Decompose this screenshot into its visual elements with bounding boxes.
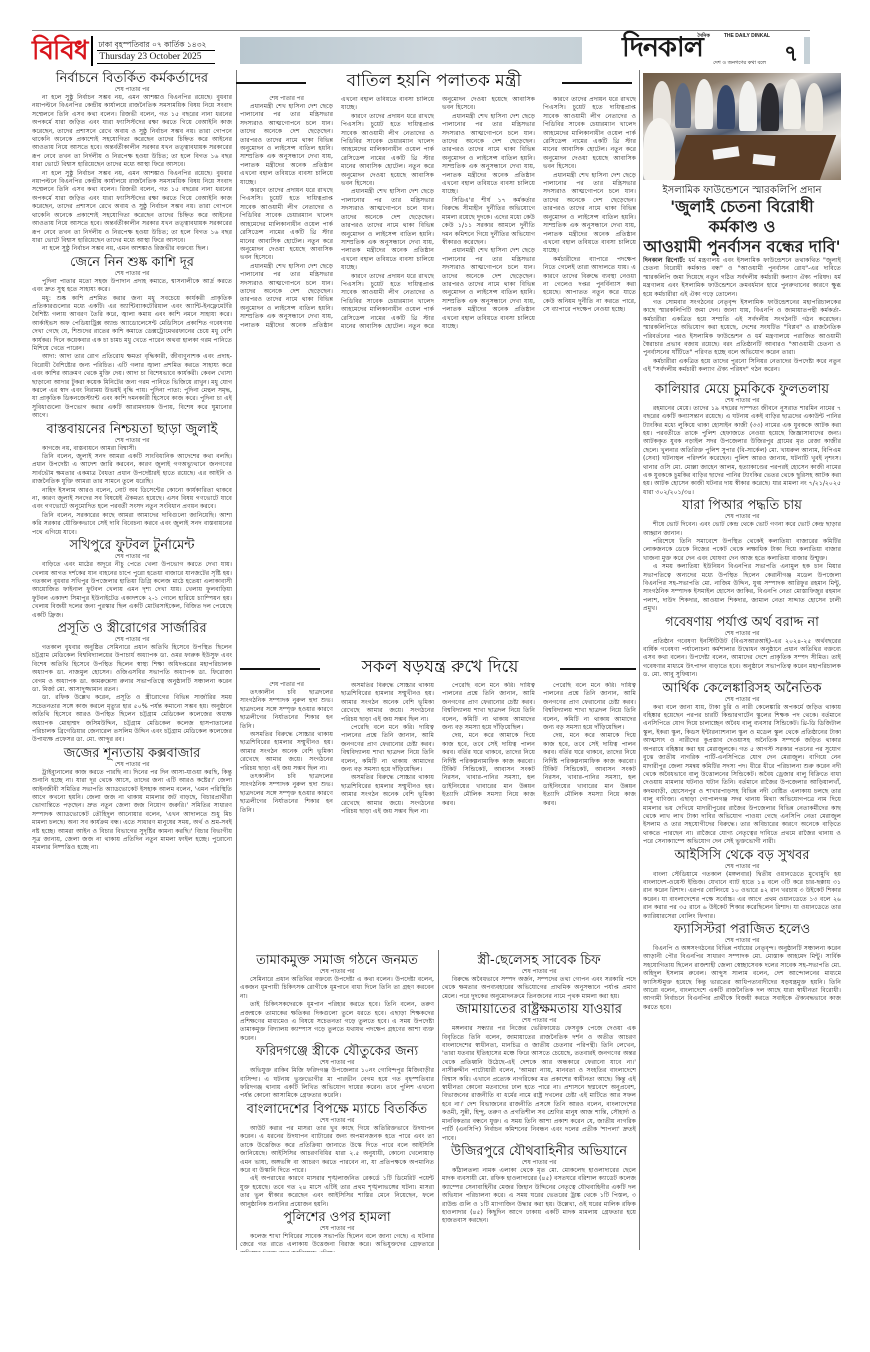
article-paragraph: কলেজ শাখা শিবিরের সাবেক সভাপতি ছিলেন বলে… (240, 1233, 434, 1252)
article-pr-method: যারা পিআর পদ্ধতি চায় শেষ পাতার পর শীষে … (643, 497, 841, 613)
continued-label: শেষ পাতার পর (240, 1226, 434, 1233)
article-kashi: জেনে নিন শুষ্ক কাশি দূর শেষ পাতার পর পুদ… (32, 254, 232, 421)
article-paragraph: না হলে সুষ্ঠু নির্বাচন সম্ভব নয়, এমন আশ… (32, 170, 232, 246)
article-research: গবেষণায় পর্যাপ্ত অর্থ বরাদ্দ না শেষ পাত… (643, 614, 841, 680)
continued-label: শেষ পাতার পর (240, 1118, 434, 1125)
article-paragraph: কারণে তাদের প্রদায়ন ধরে রাখছে পিএসসি। চ… (240, 187, 333, 263)
article-headline: আর্থিক কেলেঙ্কারিসহ অনৈতিক (643, 680, 841, 697)
article-paragraph: আউট করার পর মাসরা তার খুব কাছে গিয়ে অতি… (240, 1125, 434, 1175)
lead-byline: দিনকাল রিপোর্ট: (643, 257, 685, 264)
article-paragraph: তিনি বলেন, জুলাই সনদ আমরা একটি সাংবিধানি… (32, 453, 232, 487)
continued-label: শেষ পাতার পর (240, 969, 434, 976)
article-paragraph: তৎকালীন চবি ছাত্রদলের সাংগঠনিক সম্পাদক ন… (240, 773, 333, 815)
headline-rule-left (236, 82, 306, 84)
article-paragraph: আদা: আদা তার রোগ প্রতিরোধ ক্ষমতা বৃদ্ধিক… (32, 353, 232, 420)
article-paragraph: না হলে সুষ্ঠু নির্বাচন সম্ভব নয়, এমন আশ… (32, 94, 232, 170)
logo-daily-en: THE DAILY DINKAL (724, 33, 770, 39)
article-icc: আইসিসি থেকে বড় সুখবর শেষ পাতার পর বাংলা… (643, 847, 841, 921)
date-bengali: ঢাকা বৃহস্পতিবার ০৭ কার্তিক ১৪৩২ (97, 39, 215, 51)
article-headline: ফরিদগঞ্জে স্ত্রীকে যৌতুকের জন্য (240, 1043, 434, 1060)
left-column: নির্বাচনে বিতর্কিত কর্মকর্তাদের শেষ পাতা… (32, 70, 232, 1250)
article-paragraph: বাংলা স্টেডিয়ামে গতকাল (মঙ্গলবার) দ্বিত… (643, 871, 841, 921)
article-paragraph: প্রধানমন্ত্রী শেখ হাসিনা দেশ ছেড়ে পালান… (543, 172, 636, 256)
article-headline: কালিয়ার মেয়ে চুমকিকে ফুলতলায় (643, 381, 841, 398)
center-middle-headline: সকল ষড়যন্ত্র রুখে দিয়ে (320, 656, 560, 678)
center-top-headline: বাতিল হয়নি পলাতক মন্ত্রী (306, 70, 562, 92)
article-headline: জেনে নিন শুষ্ক কাশি দূর (32, 254, 232, 271)
article-paragraph: বিরুদ্ধে অবৈধভাবে সম্পদ অর্জন, সম্পদের ত… (442, 976, 636, 1001)
article-headline: তামাকমুক্ত সমাজ গঠনে জনমত (240, 952, 434, 969)
article-paragraph: বাড়িতে এবং মাঠের অদূরে নীচু পেতে খেলা উ… (32, 561, 232, 620)
continued-label: শেষ পাতার পর (240, 682, 333, 689)
article-bastobayon: বাস্তবায়নের নিশ্চয়তা ছাড়া জুলাই শেষ প… (32, 421, 232, 537)
article-headline: আইসিসি থেকে বড় সুখবর (643, 847, 841, 864)
article-paragraph: দেয়, মনে করে আমাকে দিয়ে কাজ হবে, তবে স… (543, 732, 636, 808)
article-paragraph: প্রধানমন্ত্রী শেখ হাসিনা দেশ ছেড়ে পালান… (442, 247, 535, 331)
article-headline: জজের শূন্যতায় কক্সবাজার (32, 745, 232, 762)
continued-label: শেষ পাতার পর (442, 969, 636, 976)
article-paragraph: প্রধানমন্ত্রী শেখ হাসিনা দেশ ছেড়ে পালান… (240, 103, 333, 187)
article-paragraph: অসমতির বিরুদ্ধে সোচ্চার থাকায় ছাত্রশিবি… (341, 682, 434, 724)
article-paragraph: পুদিনা পাতার মতো সহজ উপাদান প্রদাহ কমাতে… (32, 278, 232, 295)
continued-label: শেষ পাতার পর (32, 637, 232, 644)
article-paragraph: এই অপরাধের কারণে মাসরার শৃঙ্খলাজনিত রেকর… (240, 1175, 434, 1209)
article-coxsbazar: জজের শূন্যতায় কক্সবাজার শেষ পাতার পর ট্… (32, 745, 232, 853)
article-headline: জামায়াতের রাষ্ট্রক্ষমতায় যাওয়ার (442, 1001, 636, 1018)
article-paragraph: অভিযুক্ত রাকিব মিজি ফরিদগঞ্জ উপজেলার ১০ন… (240, 1067, 434, 1101)
article-paragraph: অসমতির বিরুদ্ধে সোচ্চার থাকায় ছাত্রশিবি… (341, 774, 434, 816)
headline-rule-right (560, 668, 636, 670)
date-box: ঢাকা বৃহস্পতিবার ০৭ কার্তিক ১৪৩২ Thursda… (97, 39, 215, 64)
continued-label: শেষ পাতার পর (643, 864, 841, 871)
logo-tagline: দেশ ও জনগণের কথা বলে (713, 60, 766, 68)
article-paragraph: তৎকালীন চবি ছাত্রদলের সাংগঠনিক সম্পাদক ন… (240, 689, 333, 731)
article-paragraph: মধু: শুষ্ক কাশি প্রশমিত করার জন্য মধু সব… (32, 295, 232, 354)
article-paragraph: ডা. রফিক উল্লেখ করেন, প্রসূতি ও স্ত্রীরো… (32, 694, 232, 744)
lead-headline-line2: আওয়ামী পুনর্বাসন বন্ধের দাবি' (643, 237, 841, 257)
section-name: বিবিধ (32, 36, 93, 66)
news-photo (643, 73, 841, 180)
article-paragraph: কাগজে নয়, বাস্তবায়নে আমরা বিশ্বাসী। (32, 445, 232, 453)
center-middle-article: শেষ পাতার পর তৎকালীন চবি ছাত্রদলের সাংগঠ… (240, 682, 636, 944)
article-paragraph: তিনি বলেন, সরকারের কাছে আমরা আমাদের দাবি… (32, 512, 232, 537)
section-header: বিবিধ ঢাকা বৃহস্পতিবার ০৭ কার্তিক ১৪৩২ T… (32, 36, 215, 66)
center-top-article: শেষ পাতার পর প্রধানমন্ত্রী শেখ হাসিনা দে… (240, 96, 636, 618)
continued-label: শেষ পাতার পর (442, 1018, 636, 1025)
newspaper-logo: দৈনিকTHE DAILY DINKAL দিনকাল দেশ ও জনগণে… (622, 33, 770, 66)
article-paragraph: এ সময় কলাতিয়া ইউনিয়ন বিএনপির সভাপতি এ… (643, 563, 841, 613)
article-nirbachon: নির্বাচনে বিতর্কিত কর্মকর্তাদের শেষ পাতা… (32, 70, 232, 254)
article-paragraph: সিডিএ'র শীর্ষ ১৭ কর্মকর্তার বিরুদ্ধে সীম… (442, 197, 535, 247)
column-divider (236, 70, 237, 1250)
column-divider (438, 950, 439, 1250)
lead-headline-line1: 'জুলাই চেতনা বিরোধী কর্মকাণ্ড ও (643, 197, 841, 237)
article-fascists: ফ্যাসিস্টরা পরাজিত হলেও শেষ পাতার পর বিএ… (643, 921, 841, 1012)
continued-label: শেষ পাতার পর (643, 697, 841, 704)
article-paragraph: গতকাল বুধবার অনুষ্ঠিত সেমিনারে প্রধান অত… (32, 644, 232, 694)
article-paragraph: গত সোমবার সংগঠনের নেতৃবৃন্দ ইসলামিক ফাউন… (643, 299, 841, 358)
continued-label: শেষ পাতার পর (643, 398, 841, 405)
article-headline: পুলিশের ওপর হামলা (240, 1209, 434, 1226)
continued-label: শেষ পাতার পর (32, 762, 232, 769)
article-headline: যারা পিআর পদ্ধতি চায় (643, 497, 841, 514)
article-headline: উজিরপুরে যৌথবাহিনীর অভিযানে (442, 1143, 636, 1160)
article-paragraph: না হলে সুষ্ঠু নির্বাচন সম্ভব নয়, এমন আশ… (32, 245, 232, 253)
continued-label: শেষ পাতার পর (643, 938, 841, 945)
continued-label: শেষ পাতার পর (643, 631, 841, 638)
article-paragraph: দেয়, মনে করে আমাকে দিয়ে কাজ হবে, তবে স… (442, 732, 535, 808)
right-column: ইসলামিক ফাউন্ডেশনে স্মারকলিপি প্রদান 'জু… (643, 184, 841, 1252)
headline-rule-left (240, 668, 320, 670)
article-headline: গবেষণায় পর্যাপ্ত অর্থ বরাদ্দ না (643, 614, 841, 631)
article-paragraph: পরিশেষে তিনি সমাবেশে উপস্থিত থেকেই কলাতি… (643, 538, 841, 563)
continued-label: শেষ পাতার পর (32, 87, 232, 94)
continued-label: শেষ পাতার পর (32, 438, 232, 445)
center-bottom-left: তামাকমুক্ত সমাজ গঠনে জনমত শেষ পাতার পর স… (240, 952, 434, 1252)
article-paragraph: ট্রাইব্যুনালের কাজ করতে পারছি না। দিনের … (32, 769, 232, 853)
article-paragraph: বিএনপি ও অঙ্গসংগঠনের বিভিন্ন পর্যায়ের ন… (643, 945, 841, 1012)
page-number-bar (804, 37, 810, 64)
article-paragraph: পেরেছি বলে মনে করি। দায়িত্ব পালনের প্রশ… (543, 682, 636, 732)
article-paragraph: পেরেছি বলে মনে করি। দায়িত্ব পালনের প্রশ… (442, 682, 535, 732)
article-paragraph: তাই চিকিৎসকদেরকে ধূমপান পরিহার করতে হবে।… (240, 1001, 434, 1043)
article-paragraph: পেরেছি বলে মনে করি। দায়িত্ব পালনের প্রশ… (341, 724, 434, 774)
article-headline: বাস্তবায়নের নিশ্চয়তা ছাড়া জুলাই (32, 421, 232, 438)
article-paragraph: শীষে ভোট দিবেন। এবং ভোট কেন্দ্র থেকে ভোট… (643, 521, 841, 538)
masthead-grey-band (240, 37, 582, 64)
article-headline: প্রসূতি ও স্ত্রীরোগের সার্জারির (32, 620, 232, 637)
masthead: বিবিধ ঢাকা বৃহস্পতিবার ০৭ কার্তিক ১৪৩২ T… (32, 30, 810, 66)
date-english: Thursday 23 October 2025 (97, 51, 215, 64)
article-paragraph: মঙ্গলবার সন্ধ্যার পর নিজের ভেরিফায়েড ফে… (442, 1025, 636, 1143)
article-headline: স্ত্রী-ছেলেসহ সাবেক চিফ (442, 952, 636, 969)
article-paragraph: দিনকাল রিপোর্ট: ধর্ম মন্ত্রণালয় এবং ইসল… (643, 257, 841, 299)
article-paragraph: প্রধানমন্ত্রী শেখ হাসিনা দেশ ছেড়ে পালান… (442, 113, 535, 197)
article-paragraph: প্রতিষ্ঠান গবেষণা ইনস্টিটিউট (বিএসআরআই)-… (643, 638, 841, 680)
page-number: ৭ (784, 37, 798, 74)
continued-label: শেষ পাতার পর (442, 1160, 636, 1167)
article-headline: সখিপুরে ফুটবল টুর্নামেন্ট (32, 537, 232, 554)
article-headline: ফ্যাসিস্টরা পরাজিত হলেও (643, 921, 841, 938)
article-paragraph: রহমানের মেয়ে। তাদের ১৯ বছরের দাম্পত্য জ… (643, 405, 841, 497)
lead-article: ইসলামিক ফাউন্ডেশনে স্মারকলিপি প্রদান 'জু… (643, 184, 841, 375)
column-divider (639, 70, 640, 1250)
article-paragraph: কারণে তাদের প্রদায়ন ধরে রাখছে পিএসসি। চ… (341, 113, 434, 189)
article-paragraph: নাহিদ ইসলাম আরও বলেন, নোট অব ডিসেন্টের ক… (32, 487, 232, 512)
continued-label: শেষ পাতার পর (32, 271, 232, 278)
logo-name: দিনকাল (622, 35, 703, 61)
article-headline: নির্বাচনে বিতর্কিত কর্মকর্তাদের (32, 70, 232, 87)
article-headline: বাংলাদেশের বিপক্ষে ম্যাচে বিতর্কিত (240, 1101, 434, 1118)
article-paragraph: কাঁঠালতলা নামক এলাকা থেকে মৃত মো. মোকলেছ… (442, 1167, 636, 1226)
article-paragraph: কারণে তাদের প্রদায়ন ধরে রাখছে পিএসসি। চ… (543, 96, 636, 172)
article-paragraph: কর্মচারীরা একত্রিত হয়ে তাদের পুরনো সিনি… (643, 358, 841, 375)
article-paragraph: প্রধানমন্ত্রী শেখ হাসিনা দেশ ছেড়ে পালান… (341, 188, 434, 272)
article-paragraph: সেমিনারে প্রধান অতিথির বক্তব্যে উপদেষ্টা… (240, 976, 434, 1001)
article-prosuti: প্রসূতি ও স্ত্রীরোগের সার্জারির শেষ পাতা… (32, 620, 232, 745)
article-kaliya: কালিয়ার মেয়ে চুমকিকে ফুলতলায় শেষ পাতা… (643, 381, 841, 497)
article-paragraph: কর্মচারীদের ব্যাপারে পদক্ষেপ নিতে গেলেই … (543, 256, 636, 315)
headline-rule-right (562, 82, 632, 84)
article-sakhipur: সখিপুরে ফুটবল টুর্নামেন্ট শেষ পাতার পর ব… (32, 537, 232, 620)
continued-label: শেষ পাতার পর (240, 96, 333, 103)
article-paragraph: অসমতির বিরুদ্ধে সোচ্চার থাকায় ছাত্রশিবি… (240, 731, 333, 773)
article-scandal: আর্থিক কেলেঙ্কারিসহ অনৈতিক শেষ পাতার পর … (643, 680, 841, 847)
article-paragraph: কথা বলে জানা যায়, টাকা চুরি ও নারী কেলে… (643, 704, 841, 847)
center-bottom-right: স্ত্রী-ছেলেসহ সাবেক চিফ শেষ পাতার পর বির… (442, 952, 636, 1252)
lead-kicker: ইসলামিক ফাউন্ডেশনে স্মারকলিপি প্রদান (643, 184, 841, 197)
